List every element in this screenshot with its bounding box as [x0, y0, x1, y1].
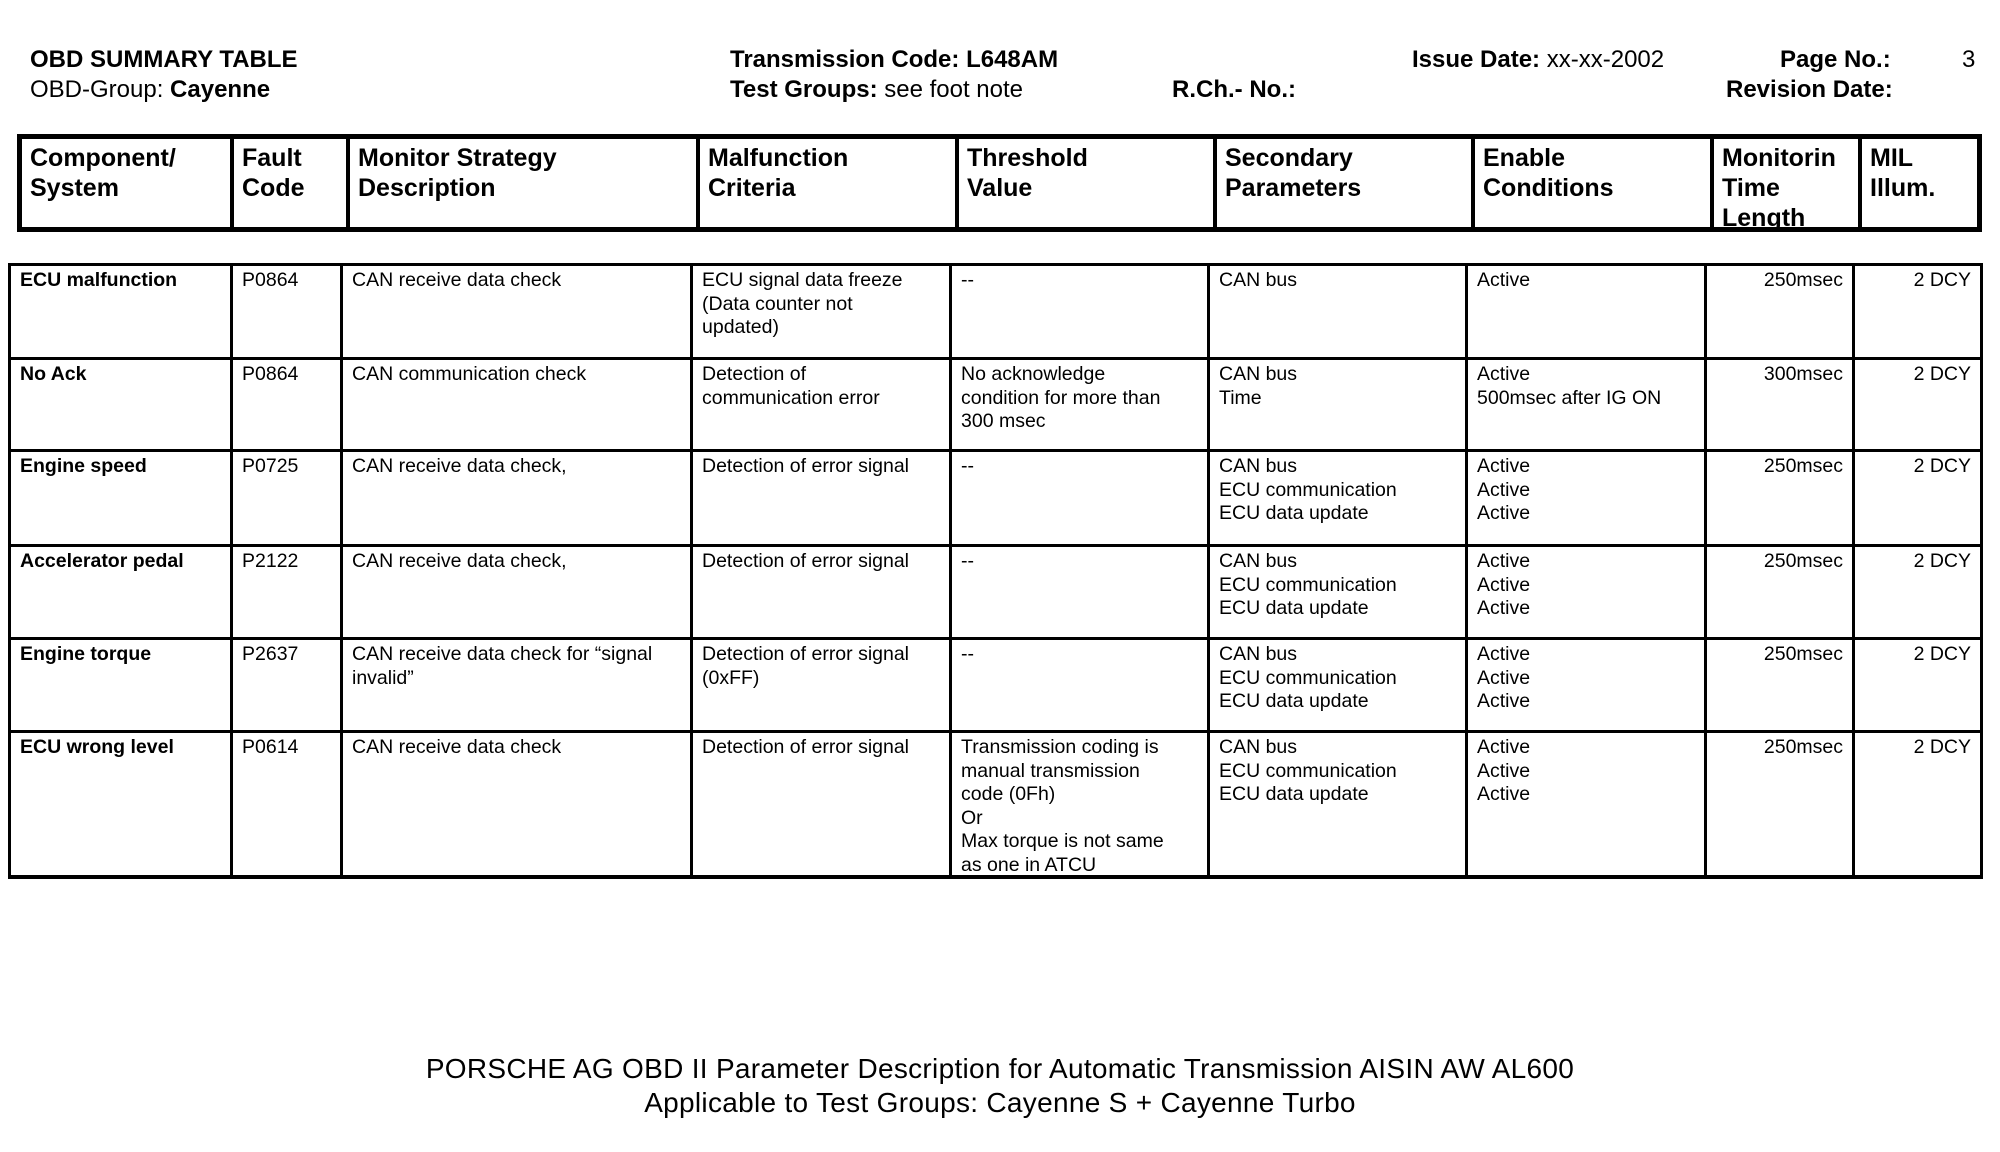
cell-monitor-strategy: CAN communication check — [343, 360, 691, 450]
test-groups-label: Test Groups: — [730, 76, 878, 103]
test-groups: Test Groups: see foot note — [730, 75, 1023, 105]
cell-malfunction-criteria: Detection of communication error — [693, 360, 950, 450]
cell-secondary-parameters: CAN bus ECU communication ECU data updat… — [1210, 733, 1466, 876]
cell-enable-conditions: Active Active Active — [1468, 640, 1705, 731]
table-header: Component/ SystemFault CodeMonitor Strat… — [17, 134, 1982, 232]
cell-fault-code: P0864 — [233, 360, 341, 450]
cell-monitoring-time: 250msec — [1707, 733, 1853, 876]
cell-monitoring-time: 250msec — [1707, 640, 1853, 731]
issue-date-value: xx-xx-2002 — [1547, 46, 1664, 73]
cell-secondary-parameters: CAN bus Time — [1210, 360, 1466, 450]
column-header-monitor-strategy: Monitor Strategy Description — [346, 139, 696, 227]
cell-component: Engine torque — [11, 640, 231, 731]
cell-malfunction-criteria: Detection of error signal — [693, 452, 950, 545]
cell-threshold-value: Transmission coding is manual transmissi… — [952, 733, 1208, 876]
cell-mil-illum: 2 DCY — [1855, 733, 1981, 876]
column-header-mil-illum: MIL Illum. — [1858, 139, 1987, 227]
column-header-enable-conditions: Enable Conditions — [1471, 139, 1710, 227]
footer-line-1: PORSCHE AG OBD II Parameter Description … — [0, 1052, 2000, 1086]
revision-date: Revision Date: — [1726, 75, 1893, 105]
cell-threshold-value: -- — [952, 452, 1208, 545]
cell-threshold-value: -- — [952, 640, 1208, 731]
cell-fault-code: P0725 — [233, 452, 341, 545]
issue-date-label: Issue Date: — [1412, 46, 1540, 73]
cell-component: Accelerator pedal — [11, 547, 231, 638]
cell-secondary-parameters: CAN bus ECU communication ECU data updat… — [1210, 640, 1466, 731]
cell-monitoring-time: 300msec — [1707, 360, 1853, 450]
obd-group: OBD-Group: Cayenne — [30, 75, 270, 105]
cell-fault-code: P0614 — [233, 733, 341, 876]
cell-threshold-value: -- — [952, 266, 1208, 358]
cell-secondary-parameters: CAN bus — [1210, 266, 1466, 358]
footer-line-2: Applicable to Test Groups: Cayenne S + C… — [0, 1086, 2000, 1120]
cell-malfunction-criteria: Detection of error signal — [693, 547, 950, 638]
cell-monitoring-time: 250msec — [1707, 452, 1853, 545]
page-no-value: 3 — [1962, 45, 1975, 75]
cell-secondary-parameters: CAN bus ECU communication ECU data updat… — [1210, 547, 1466, 638]
obd-summary-table: ECU malfunctionP0864CAN receive data che… — [9, 262, 1984, 878]
cell-component: ECU wrong level — [11, 733, 231, 876]
cell-monitor-strategy: CAN receive data check, — [343, 547, 691, 638]
column-header-secondary-parameters: Secondary Parameters — [1213, 139, 1471, 227]
cell-mil-illum: 2 DCY — [1855, 640, 1981, 731]
column-header-fault-code: Fault Code — [230, 139, 346, 227]
cell-malfunction-criteria: Detection of error signal (0xFF) — [693, 640, 950, 731]
cell-enable-conditions: Active 500msec after IG ON — [1468, 360, 1705, 450]
test-groups-value: see foot note — [884, 76, 1023, 103]
cell-monitoring-time: 250msec — [1707, 547, 1853, 638]
cell-mil-illum: 2 DCY — [1855, 360, 1981, 450]
cell-fault-code: P2122 — [233, 547, 341, 638]
cell-enable-conditions: Active Active Active — [1468, 452, 1705, 545]
cell-monitor-strategy: CAN receive data check for “signal inval… — [343, 640, 691, 731]
transmission-code-label: Transmission Code: — [730, 46, 959, 73]
cell-fault-code: P0864 — [233, 266, 341, 358]
cell-enable-conditions: Active Active Active — [1468, 733, 1705, 876]
rch-no: R.Ch.- No.: — [1172, 75, 1296, 105]
cell-malfunction-criteria: ECU signal data freeze (Data counter not… — [693, 266, 950, 358]
transmission-code: Transmission Code: L648AM — [730, 45, 1058, 75]
cell-malfunction-criteria: Detection of error signal — [693, 733, 950, 876]
column-header-malfunction-criteria: Malfunction Criteria — [696, 139, 955, 227]
cell-component: Engine speed — [11, 452, 231, 545]
revision-date-label: Revision Date: — [1726, 76, 1893, 103]
obd-group-label: OBD-Group: — [30, 76, 163, 103]
column-header-threshold-value: Threshold Value — [955, 139, 1213, 227]
cell-mil-illum: 2 DCY — [1855, 266, 1981, 358]
rch-no-label: R.Ch.- No.: — [1172, 76, 1296, 103]
cell-threshold-value: No acknowledge condition for more than 3… — [952, 360, 1208, 450]
obd-group-value: Cayenne — [170, 76, 270, 103]
cell-component: ECU malfunction — [11, 266, 231, 358]
column-header-monitoring-time: Monitorin Time Length — [1710, 139, 1858, 227]
cell-monitor-strategy: CAN receive data check — [343, 733, 691, 876]
page-no-label: Page No.: — [1780, 45, 1891, 75]
transmission-code-value: L648AM — [966, 46, 1058, 73]
cell-mil-illum: 2 DCY — [1855, 547, 1981, 638]
column-header-component: Component/ System — [22, 139, 230, 227]
cell-enable-conditions: Active Active Active — [1468, 547, 1705, 638]
cell-monitor-strategy: CAN receive data check — [343, 266, 691, 358]
cell-monitor-strategy: CAN receive data check, — [343, 452, 691, 545]
cell-component: No Ack — [11, 360, 231, 450]
cell-enable-conditions: Active — [1468, 266, 1705, 358]
cell-mil-illum: 2 DCY — [1855, 452, 1981, 545]
issue-date: Issue Date: xx-xx-2002 — [1412, 45, 1664, 75]
cell-threshold-value: -- — [952, 547, 1208, 638]
cell-secondary-parameters: CAN bus ECU communication ECU data updat… — [1210, 452, 1466, 545]
document-title: OBD SUMMARY TABLE — [30, 45, 298, 75]
cell-monitoring-time: 250msec — [1707, 266, 1853, 358]
cell-fault-code: P2637 — [233, 640, 341, 731]
